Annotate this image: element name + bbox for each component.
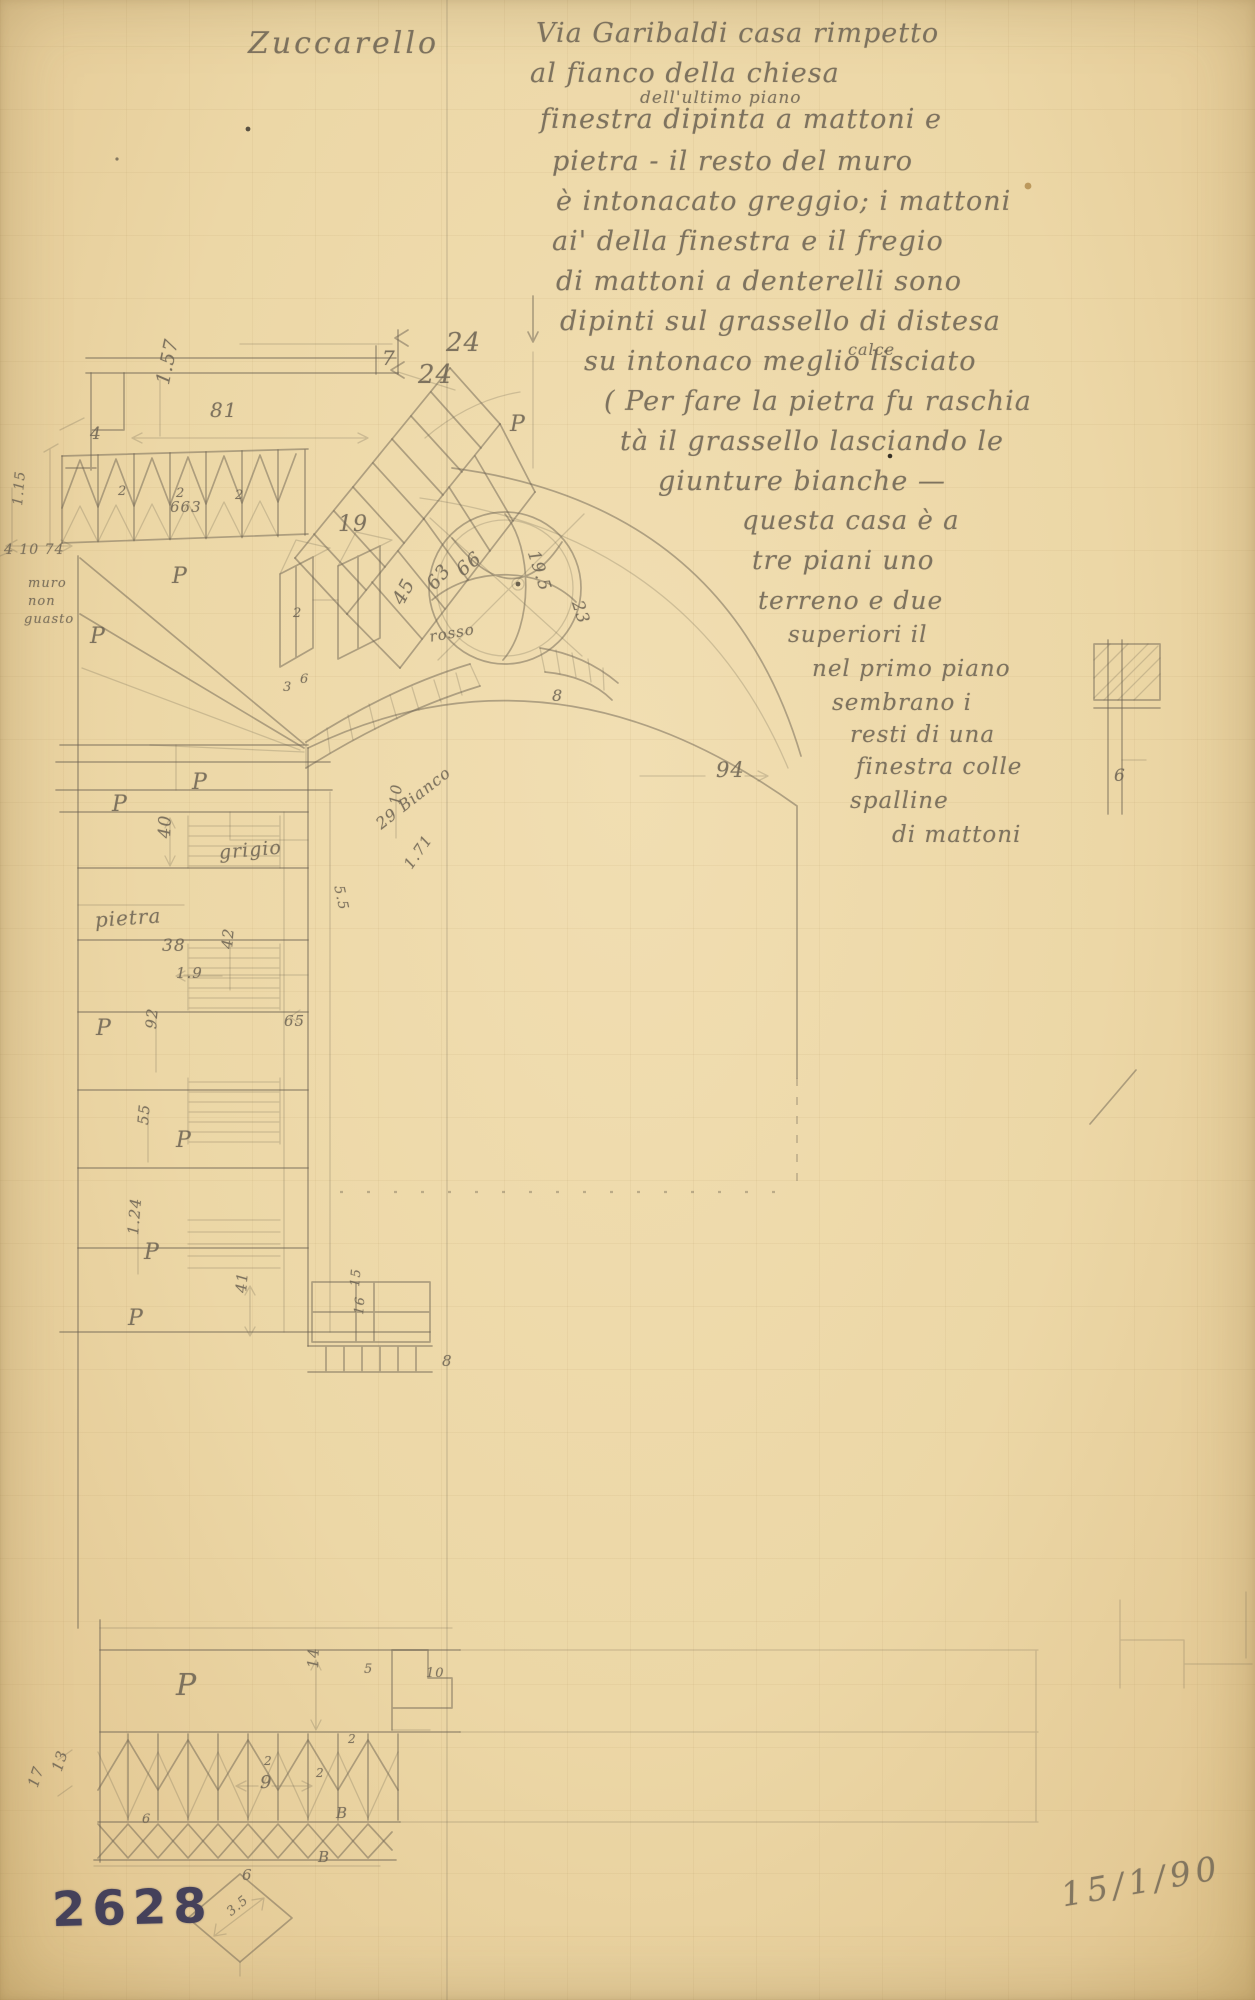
sketch-label: pietra: [94, 903, 162, 932]
left-jamb: [0, 418, 430, 1628]
note-line: al fianco della chiesa: [530, 58, 840, 89]
voussoir-fan-upper: [295, 368, 520, 614]
note-line: spalline: [850, 788, 949, 814]
note-line: superiori il: [788, 622, 928, 648]
note-line: pietra - il resto del muro: [552, 146, 913, 177]
sketch-label: 2: [293, 606, 302, 621]
stepped-profile-bottom: [392, 1592, 1252, 1730]
sketch-label: P: [176, 1128, 192, 1153]
sketch-label: 2: [235, 488, 244, 503]
note-line: Via Garibaldi casa rimpetto: [536, 18, 939, 49]
sketch-label: 65: [284, 1012, 305, 1030]
bottom-frieze: [58, 1620, 1038, 1866]
sketch-label: 15: [348, 1268, 365, 1288]
sketch-label: 94: [716, 758, 745, 782]
sketch-label: 8: [442, 1352, 453, 1370]
sketch-label: B: [318, 1848, 330, 1866]
dentil-detail-blocks: [280, 532, 392, 667]
note-line: resti di una: [850, 722, 995, 748]
sketch-label: 9: [260, 1772, 272, 1793]
sketch-label: P: [128, 1306, 144, 1331]
sill-detail: [308, 1282, 432, 1372]
note-line: terreno e due: [758, 586, 943, 615]
sketch-label: 63: [422, 560, 456, 594]
springing-arc-band: [306, 664, 480, 768]
sketch-label: 17: [24, 1764, 48, 1790]
sketch-label: 7: [382, 346, 396, 370]
sketch-label: 24: [446, 328, 481, 358]
sketch-label: 3.5: [224, 1893, 252, 1920]
sketch-label: P: [90, 624, 106, 649]
sketch-label: 55: [134, 1103, 154, 1126]
sketch-label: 1.57: [152, 337, 183, 387]
note-line: sembrano i: [832, 690, 972, 716]
sketch-label: 13: [48, 1748, 72, 1774]
sketch-label: P: [176, 1668, 197, 1703]
sketch-label: 66: [452, 547, 486, 581]
sketch-label: 5: [364, 1662, 373, 1677]
sketch-label: 1.9: [176, 964, 203, 982]
sketch-label: B: [336, 1804, 348, 1822]
note-line: di mattoni: [892, 822, 1021, 848]
sketch-label: 10: [386, 783, 406, 806]
note-line: su intonaco meglio lisciato: [584, 346, 976, 377]
sketch-label: 42: [218, 927, 238, 950]
sketch-label: 8: [552, 686, 563, 705]
sketch-label: P: [172, 564, 188, 589]
sketch-label: 6: [300, 672, 309, 687]
note-line: di mattoni a denterelli sono: [556, 266, 962, 297]
sketch-label: 2: [118, 484, 127, 499]
note-line: questa casa è a: [742, 506, 960, 536]
sketch-label: 45: [388, 575, 420, 608]
sketch-label: grigio: [218, 837, 283, 864]
sketch-label: P: [112, 792, 128, 817]
sketch-label: 1.71: [400, 831, 436, 872]
sketch-label: 2: [348, 1732, 357, 1746]
sketch-label: P: [510, 412, 526, 437]
date-annotation: 15/1/90: [1058, 1848, 1225, 1915]
sketch-label: 24: [418, 360, 453, 390]
sketch-label: muro: [28, 576, 67, 591]
sketch-label: guasto: [24, 612, 74, 627]
sketch-label: 19: [338, 512, 368, 537]
sketch-label: 6: [142, 1812, 151, 1827]
note-line: è intonacato greggio; i mattoni: [556, 186, 1011, 217]
sketch-label: 92: [142, 1007, 162, 1030]
sketch-label: 81: [210, 398, 237, 422]
sketch-label: 663: [170, 498, 202, 516]
sketch-label: rosso: [428, 620, 476, 646]
note-line: tre piani uno: [752, 546, 934, 576]
note-line: ( Per fare la pietra fu raschia: [604, 386, 1032, 417]
sketch-label: 4: [90, 424, 102, 444]
note-line: tà il grassello lasciando le: [620, 426, 1004, 457]
sketch-label: 41: [232, 1271, 252, 1294]
sketch-label: 14: [304, 1647, 323, 1669]
sketch-label: 38: [162, 936, 186, 956]
sketch-label: 16: [352, 1296, 369, 1316]
sketch-label: 29 Bianco: [372, 763, 454, 833]
sketch-label: non: [28, 594, 56, 609]
sketch-label: P: [96, 1016, 112, 1041]
sketch-label: 1.24: [124, 1197, 145, 1236]
sketch-label: 5.5: [330, 884, 351, 912]
note-line: finestra colle: [856, 754, 1022, 780]
sketch-label: 2: [264, 1754, 273, 1768]
sketch-label: 19.5: [523, 548, 555, 594]
sketch-label: P: [144, 1240, 160, 1265]
sketch-label: 2: [316, 1766, 325, 1780]
sketch-label: P: [192, 770, 208, 795]
catalog-number: 2628: [51, 1878, 214, 1938]
sketch-label: 2: [176, 486, 185, 501]
sketch-label: 40: [155, 814, 176, 838]
construction-rays: [80, 558, 304, 752]
sketch-label: 3: [283, 680, 292, 695]
cornice-profile: [66, 296, 538, 470]
note-line: finestra dipinta a mattoni e: [540, 104, 942, 135]
note-line: nel primo piano: [812, 656, 1011, 682]
sketch-label: 23: [567, 598, 593, 627]
note-line: dipinti sul grassello di distesa: [560, 306, 1001, 337]
note-line: ai' della finestra e il fregio: [552, 226, 944, 257]
note-line: giunture bianche —: [658, 466, 946, 497]
sketch-label: 10: [426, 1666, 445, 1681]
sketch-label: 1.15: [10, 470, 29, 506]
wall-section-detail: [1094, 640, 1160, 814]
sketch-label: 6: [242, 1866, 253, 1884]
drawing-title: Zuccarello: [248, 26, 439, 61]
stray-slash: [1090, 1070, 1136, 1124]
paper-sheet: Zuccarello Via Garibaldi casa rimpettoal…: [0, 0, 1255, 2000]
sketch-label: 6: [1114, 766, 1126, 786]
window-arch: [308, 468, 801, 1346]
sketch-label: 4 10 74: [4, 542, 64, 558]
